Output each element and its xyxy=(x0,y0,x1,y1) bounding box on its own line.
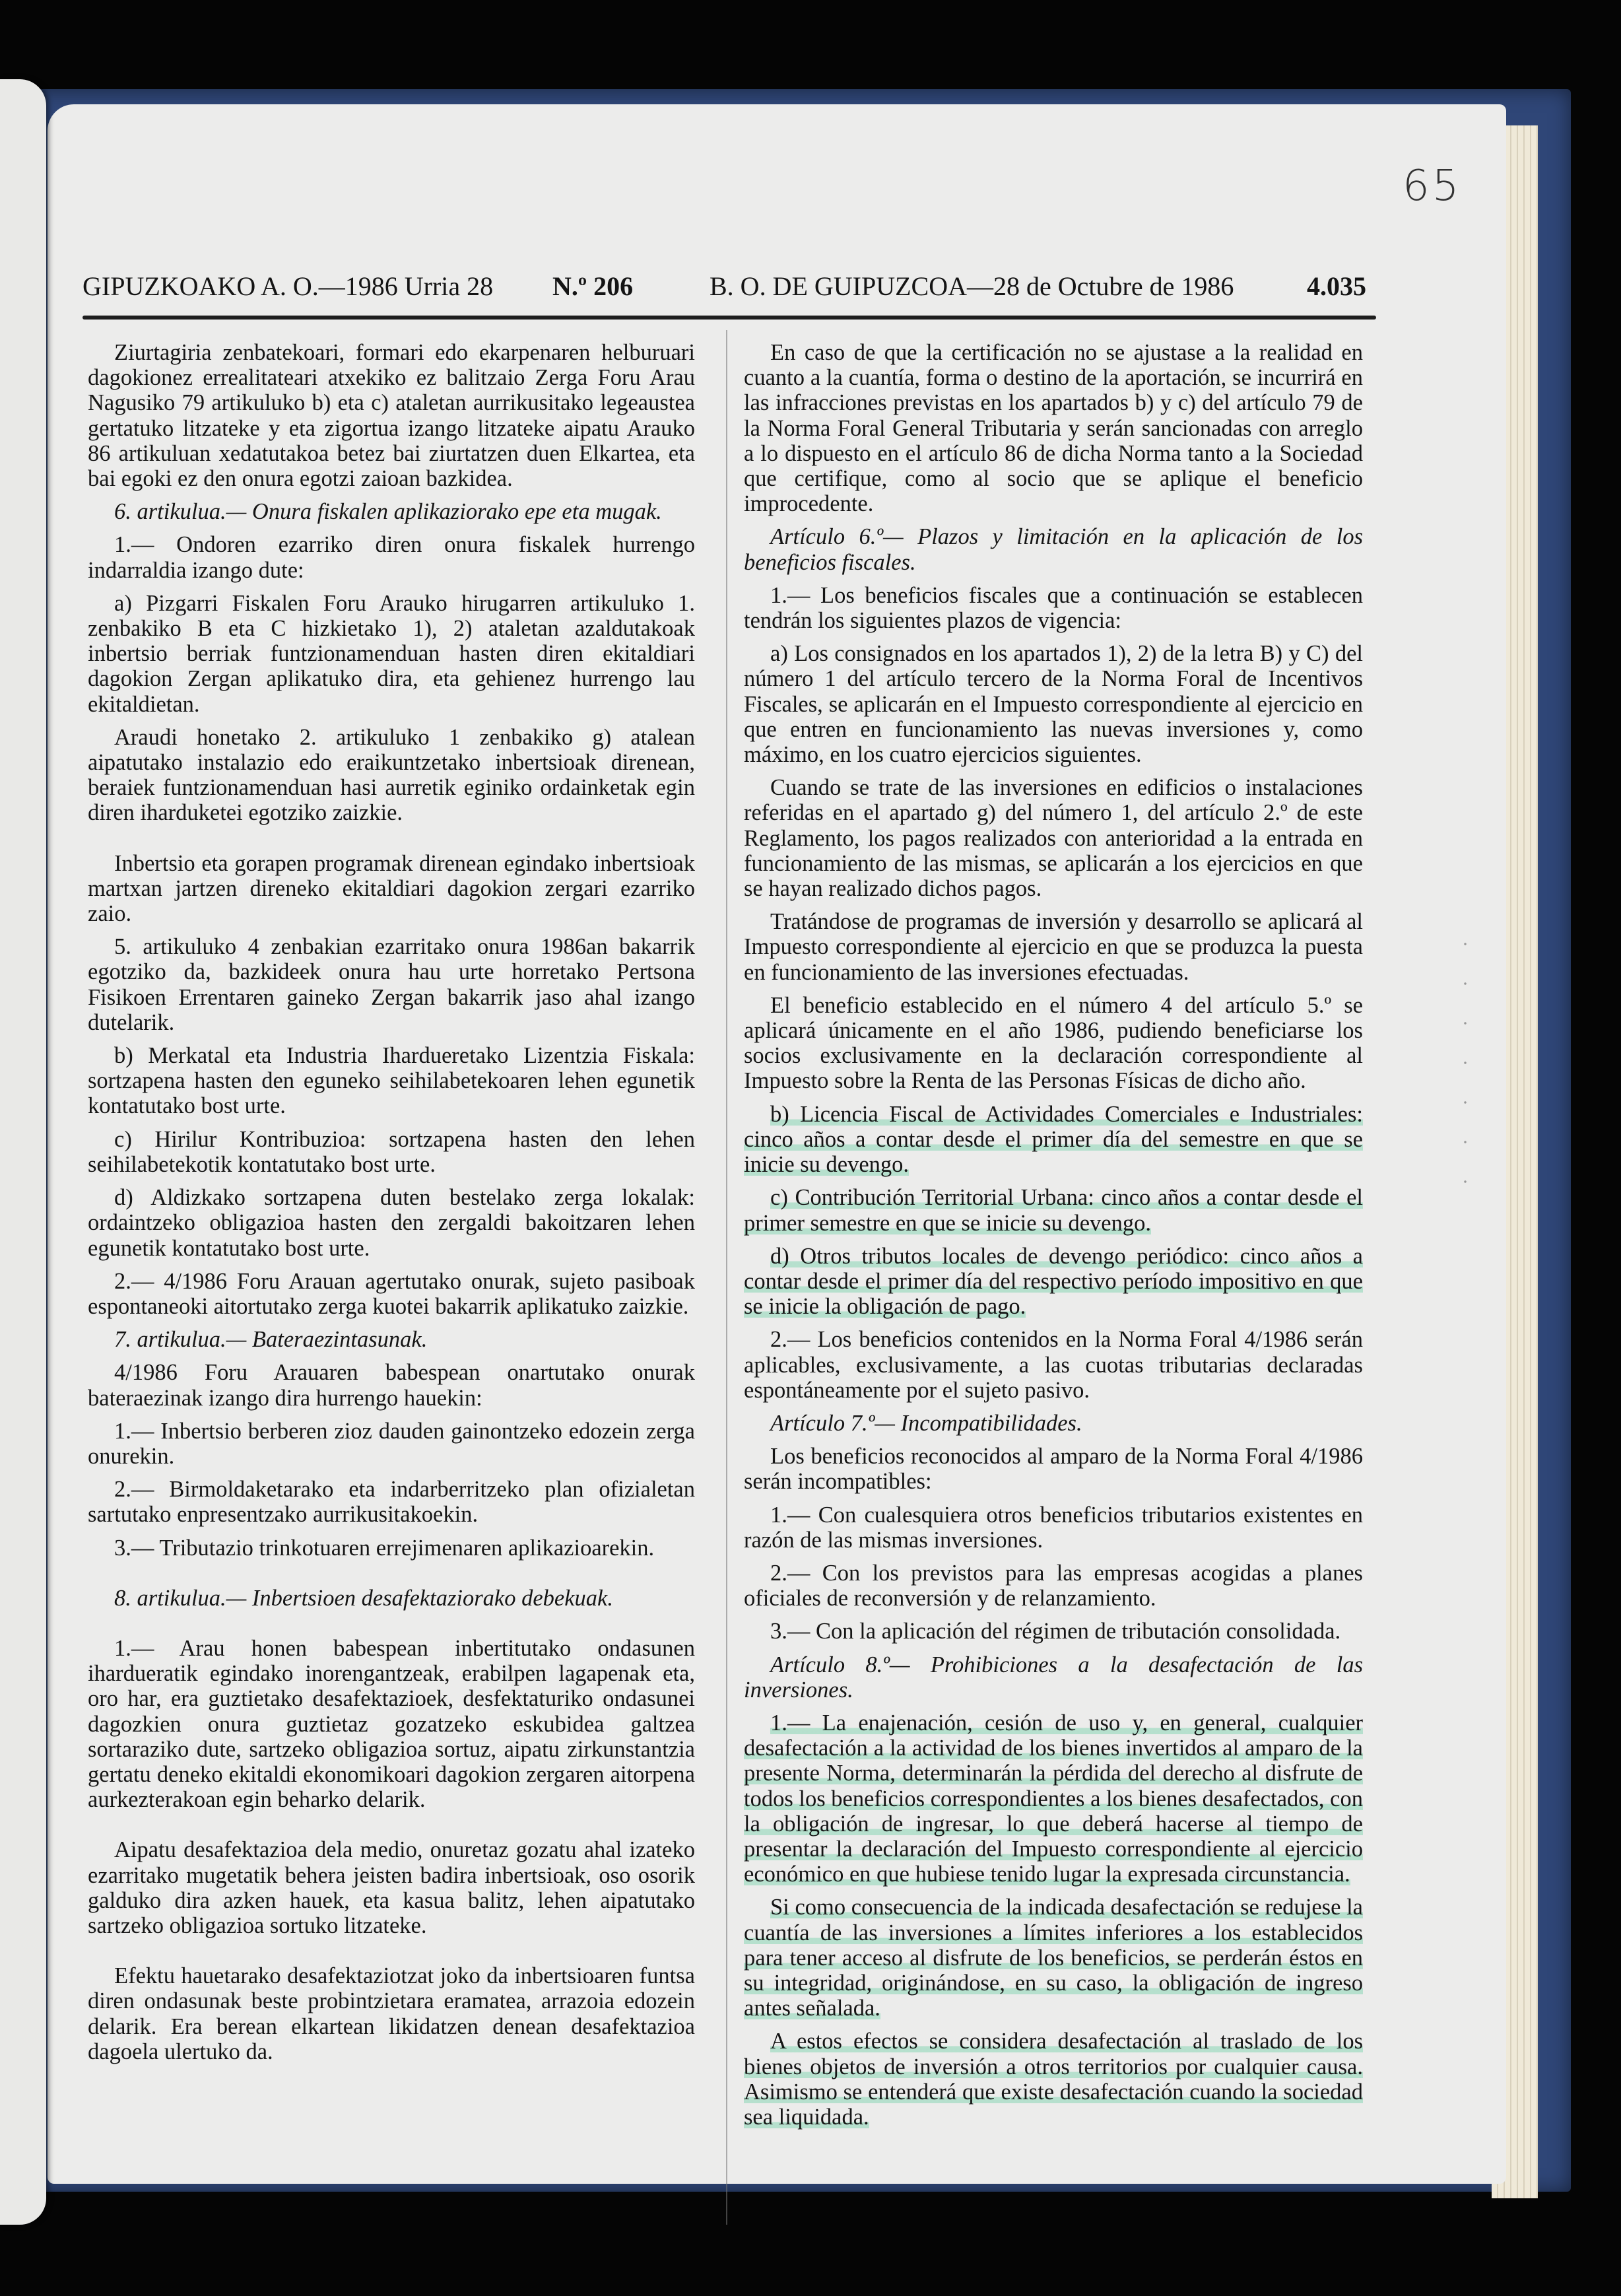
header-issue-number: N.º 206 xyxy=(552,271,633,302)
paragraph: 2.— Los beneficios contenidos en la Norm… xyxy=(744,1327,1363,1403)
paragraph: a) Los consignados en los apartados 1), … xyxy=(744,641,1363,767)
paragraph: Aipatu desafektazioa dela medio, onureta… xyxy=(88,1837,695,1938)
article-heading: 6. artikulua.— Onura fiskalen aplikazior… xyxy=(88,499,695,524)
handwritten-page-number: 65 xyxy=(1403,162,1461,211)
highlighted-text: A estos efectos se considera desafectaci… xyxy=(744,2029,1363,2130)
paragraph: 2.— Birmoldaketarako eta indarberritzeko… xyxy=(88,1477,695,1527)
paragraph: a) Pizgarri Fiskalen Foru Arauko hirugar… xyxy=(88,591,695,717)
running-header: GIPUZKOAKO A. O.—1986 Urria 28 N.º 206 B… xyxy=(83,271,1376,310)
paragraph: 5. artikuluko 4 zenbakian ezarritako onu… xyxy=(88,934,695,1035)
highlighted-paragraph: b) Licencia Fiscal de Actividades Comerc… xyxy=(744,1102,1363,1178)
left-column-basque: Ziurtagiria zenbatekoari, formari edo ek… xyxy=(88,340,695,2072)
paragraph: Cuando se trate de las inversiones en ed… xyxy=(744,775,1363,901)
paragraph: 3.— Tributazio trinkotuaren errejimenare… xyxy=(88,1536,695,1561)
header-basque-title: GIPUZKOAKO A. O.—1986 Urria 28 xyxy=(83,271,493,302)
highlighted-text: b) Licencia Fiscal de Actividades Comerc… xyxy=(744,1102,1363,1177)
highlighted-text: d) Otros tributos locales de devengo per… xyxy=(744,1244,1363,1319)
paragraph: 1.— Con cualesquiera otros beneficios tr… xyxy=(744,1503,1363,1553)
article-heading: Artículo 7.º— Incompatibilidades. xyxy=(744,1411,1363,1436)
header-page-number: 4.035 xyxy=(1307,271,1366,302)
paragraph: c) Hirilur Kontribuzioa: sortzapena hast… xyxy=(88,1127,695,1177)
paragraph: En caso de que la certificación no se aj… xyxy=(744,340,1363,516)
paragraph: b) Merkatal eta Industria Iharduеretako … xyxy=(88,1043,695,1119)
paragraph: Tratándose de programas de inversión y d… xyxy=(744,909,1363,985)
paragraph: 1.— Inbertsio berberen zioz dauden gaino… xyxy=(88,1419,695,1469)
article-heading: 7. artikulua.— Bateraezintasunak. xyxy=(88,1327,695,1352)
header-rule xyxy=(83,316,1376,320)
highlighted-paragraph: A estos efectos se considera desafectaci… xyxy=(744,2029,1363,2130)
highlighted-paragraph: 1.— La enajenación, cesión de uso y, en … xyxy=(744,1710,1363,1887)
paragraph: Los beneficios reconocidos al amparo de … xyxy=(744,1444,1363,1494)
highlighted-text: 1.— La enajenación, cesión de uso y, en … xyxy=(744,1710,1363,1887)
article-heading: Artículo 8.º— Prohibiciones a la desafec… xyxy=(744,1652,1363,1703)
paragraph: Inbertsio eta gorapen programak direnean… xyxy=(88,851,695,927)
paragraph: 2.— Con los previstos para las empresas … xyxy=(744,1561,1363,1611)
paragraph: d) Aldizkako sortzapena duten bestelako … xyxy=(88,1185,695,1261)
article-heading: 8. artikulua.— Inbertsioen desafektazior… xyxy=(88,1586,695,1611)
paragraph: 4/1986 Foru Arauaren babespean onartutak… xyxy=(88,1360,695,1410)
highlighted-text: Si como consecuencia de la indicada desa… xyxy=(744,1895,1363,2021)
paragraph: 1.— Ondoren ezarriko diren onura fiskale… xyxy=(88,532,695,582)
column-divider xyxy=(726,330,727,2225)
paragraph: Araudi honetako 2. artikuluko 1 zenbakik… xyxy=(88,725,695,826)
header-spanish-title: B. O. DE GUIPUZCOA—28 de Octubre de 1986 xyxy=(710,271,1234,302)
highlighted-paragraph: Si como consecuencia de la indicada desa… xyxy=(744,1895,1363,2021)
article-heading: Artículo 6.º— Plazos y limitación en la … xyxy=(744,524,1363,574)
paragraph: Efektu hauetarako desafektaziotzat joko … xyxy=(88,1963,695,2064)
left-page-edge xyxy=(0,79,46,2225)
paragraph: 1.— Los beneficios fiscales que a contin… xyxy=(744,583,1363,633)
paragraph: Ziurtagiria zenbatekoari, formari edo ek… xyxy=(88,340,695,491)
right-column-spanish: En caso de que la certificación no se aj… xyxy=(744,340,1363,2138)
paragraph: El beneficio establecido en el número 4 … xyxy=(744,993,1363,1094)
paragraph: 1.— Arau honen babespean inbertitutako o… xyxy=(88,1636,695,1812)
paragraph: 2.— 4/1986 Foru Arauan agertutako onurak… xyxy=(88,1269,695,1319)
highlighted-text: c) Contribución Territorial Urbana: cinc… xyxy=(744,1185,1363,1235)
margin-specks xyxy=(1462,924,1469,1188)
highlighted-paragraph: d) Otros tributos locales de devengo per… xyxy=(744,1244,1363,1320)
highlighted-paragraph: c) Contribución Territorial Urbana: cinc… xyxy=(744,1185,1363,1235)
paragraph: 3.— Con la aplicación del régimen de tri… xyxy=(744,1619,1363,1644)
